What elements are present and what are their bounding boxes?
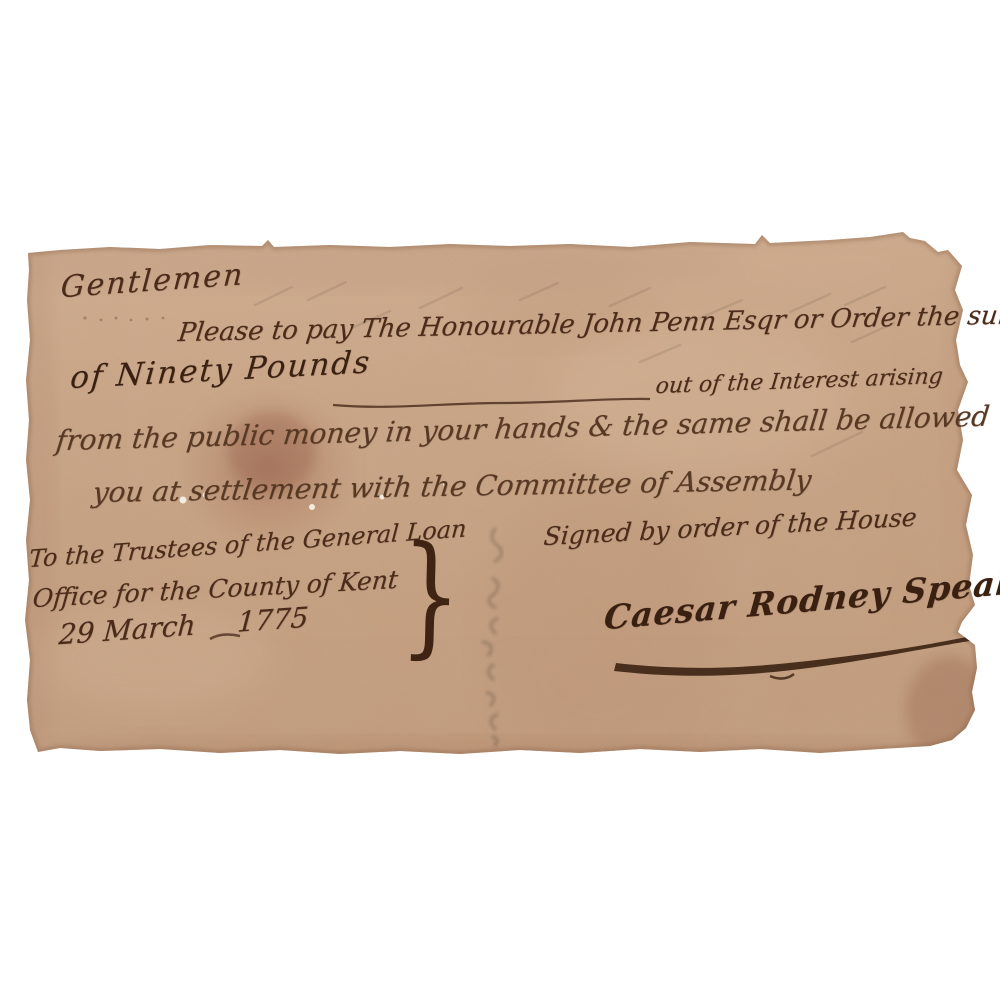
speaker-signature: Caesar Rodney Speaker — [603, 558, 1000, 637]
addressee-brace: } — [399, 528, 463, 663]
addressee-line-2: Office for the County of Kent — [31, 565, 399, 613]
salutation-line: Gentlemen — [60, 257, 246, 305]
date-year: 1775 — [236, 601, 309, 639]
source-of-funds-line: from the public money in your hands & th… — [54, 400, 991, 458]
manuscript-text-layer: Gentlemen Please to pay The Honourable J… — [0, 0, 1000, 1000]
settlement-line: you at settlement with the Committee of … — [91, 463, 813, 509]
payee-request-line: Please to pay The Honourable John Penn E… — [176, 300, 1000, 348]
interest-clause-line: out of the Interest arising — [654, 364, 944, 399]
date-day-month: 29 March — [58, 608, 197, 651]
amount-line: of Ninety Pounds — [69, 344, 373, 396]
document-photo: Gentlemen Please to pay The Honourable J… — [0, 0, 1000, 1000]
date-gap — [195, 632, 237, 635]
order-of-house-line: Signed by order of the House — [542, 502, 918, 551]
